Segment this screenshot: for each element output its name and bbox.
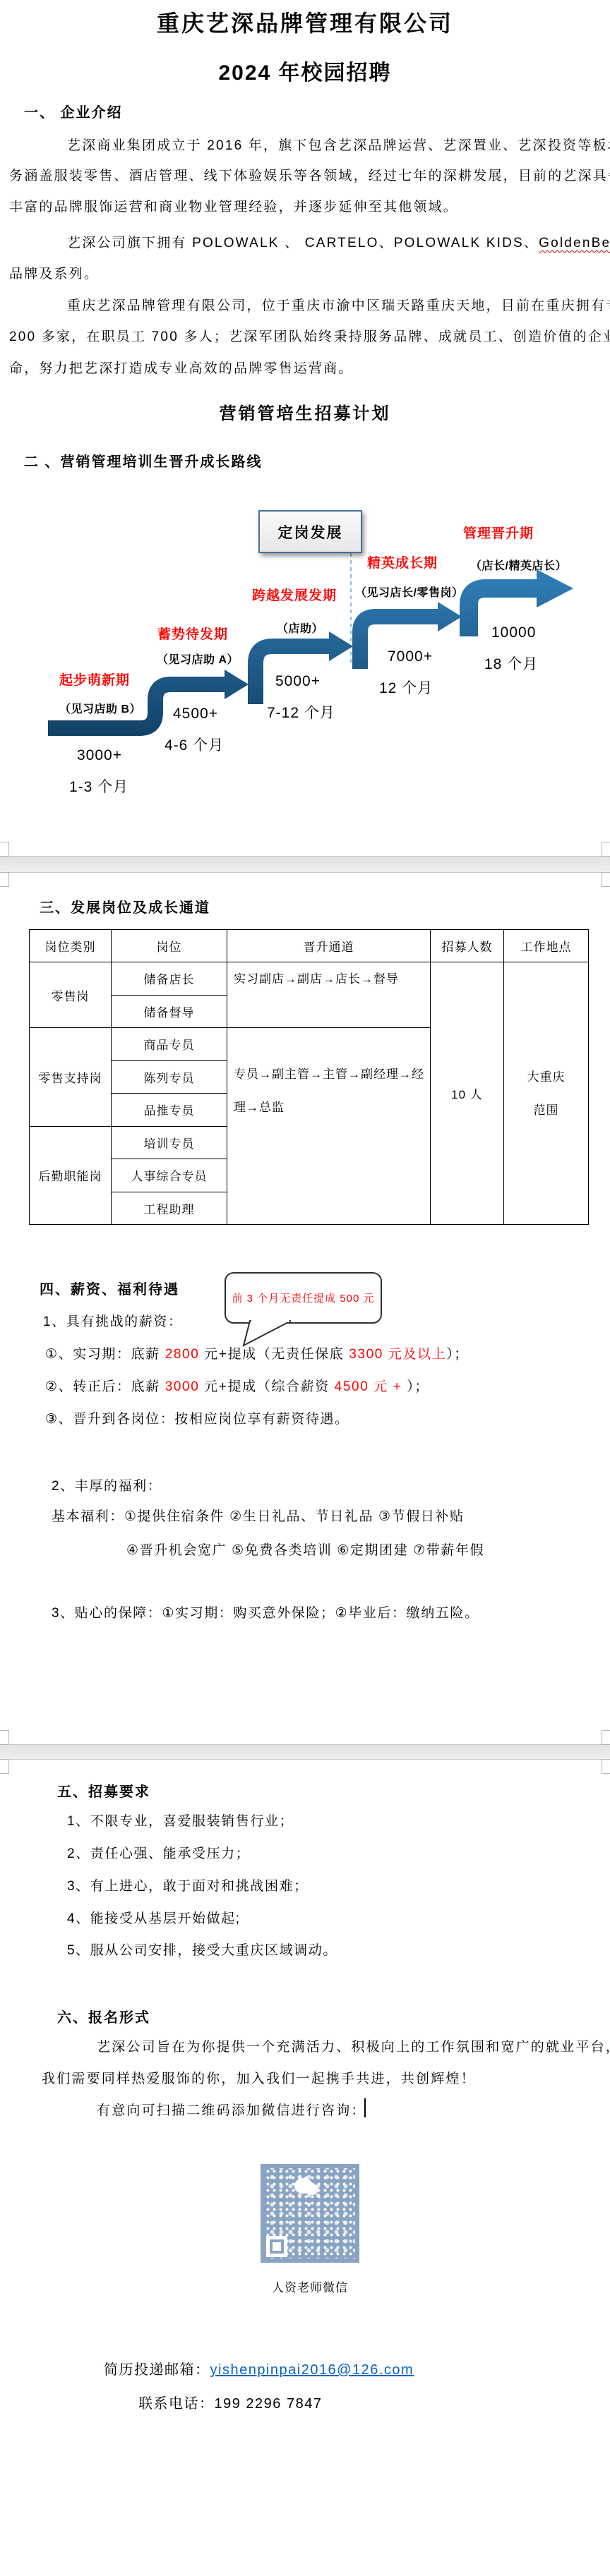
jobs-table: 岗位类别 岗位 晋升通道 招募人数 工作地点 零售岗 储备店长 实习副店→副店→… — [29, 929, 589, 1225]
stage5-label: 管理晋升期 — [463, 523, 534, 542]
phone-line: 联系电话：199 2296 7847 — [138, 2392, 322, 2412]
requirement-item: 1、不限专业，喜爱服装销售行业； — [67, 1810, 294, 1830]
table-row: 零售岗 储备店长 实习副店→副店→店长→督导 10 人 大重庆 范围 — [30, 962, 589, 996]
wechat-logo-icon — [294, 2178, 313, 2194]
apply-line3: 有意向可扫描二维码添加微信进行咨询： — [97, 2100, 366, 2119]
col-header-path: 晋升通道 — [227, 930, 431, 962]
page-break-band-1 — [0, 856, 610, 873]
path-retail: 实习副店→副店→店长→督导 — [227, 962, 431, 1028]
intro-p2-line2: 品牌及系列。 — [9, 263, 99, 282]
stage5-duration: 18 个月 — [484, 653, 538, 674]
section4-heading: 四、薪资、福利待遇 — [40, 1278, 179, 1298]
position-cell: 品推专员 — [112, 1094, 227, 1127]
plan-heading: 营销管培生招募计划 — [0, 399, 610, 424]
position-cell: 人事综合专员 — [112, 1159, 227, 1192]
callout-bubble: 前 3 个月无责任提成 500 元 — [225, 1272, 382, 1324]
table-header-row: 岗位类别 岗位 晋升通道 招募人数 工作地点 — [30, 930, 589, 962]
intro-p1-line1: 艺深商业集团成立于 2016 年，旗下包含艺深品牌运营、艺深置业、艺深投资等板块… — [67, 135, 610, 154]
stage3-salary: 5000+ — [275, 673, 321, 690]
salary2-total: 4500 元 + — [335, 1379, 407, 1394]
section3-heading: 三、发展岗位及成长通道 — [40, 896, 210, 917]
apply-line1: 艺深公司旨在为你提供一个充满活力、积极向上的工作氛围和宽广的就业平台， — [97, 2036, 610, 2055]
category-logistics: 后勤职能岗 — [30, 1126, 112, 1225]
col-header-location: 工作地点 — [504, 930, 589, 962]
page-corner-notch — [0, 1730, 9, 1745]
page-corner-notch — [602, 1730, 610, 1745]
page-corner-notch — [602, 872, 610, 887]
salary-item-2: ②、转正后：底薪 3000 元+提成（综合薪资 4500 元 + ）； — [45, 1376, 429, 1395]
stage4-label: 精英成长期 — [367, 552, 438, 572]
stage5-salary: 10000 — [491, 624, 536, 641]
benefits-subheading: 2、丰厚的福利： — [52, 1475, 162, 1494]
insurance-subheading: 3、贴心的保障：①实习期：购买意外保险；②毕业后：缴纳五险。 — [52, 1602, 479, 1621]
qr-finder-pattern — [266, 2236, 287, 2257]
intro-p3-line2: 200 多家，在职员工 700 多人；艺深军团队始终秉持服务品牌、成就员工、创造… — [9, 326, 610, 345]
stage1-label: 起步萌新期 — [59, 670, 130, 689]
salary1-base: 2800 — [165, 1347, 200, 1362]
position-cell: 储备督导 — [112, 995, 227, 1028]
intro-p2-line1: 艺深公司旗下拥有 POLOWALK 、 CARTELO、POLOWALK KID… — [67, 232, 610, 251]
qr-caption: 人资老师微信 — [261, 2278, 359, 2295]
section1-heading: 一、 企业介绍 — [24, 101, 123, 121]
apply-line2: 我们需要同样热爱服饰的你，加入我们一起携手共进，共创辉煌！ — [42, 2068, 476, 2087]
col-header-category: 岗位类别 — [30, 930, 112, 962]
brand-goldenbear: GoldenBear — [539, 236, 610, 250]
location-cell: 大重庆 范围 — [504, 962, 589, 1225]
stage1-role: （见习店助 B） — [59, 700, 141, 716]
benefits-line1: 基本福利：①提供住宿条件 ②生日礼品、节日礼品 ③节假日补贴 — [52, 1506, 465, 1525]
location-line2: 范围 — [504, 1094, 588, 1127]
stage3-duration: 7-12 个月 — [267, 701, 335, 722]
col-header-headcount: 招募人数 — [431, 930, 504, 962]
page-corner-notch — [602, 842, 610, 857]
stage2-salary: 4500+ — [173, 706, 218, 722]
section5-heading: 五、招募要求 — [57, 1780, 150, 1801]
stage1-salary: 3000+ — [77, 747, 122, 764]
company-title: 重庆艺深品牌管理有限公司 — [0, 6, 610, 38]
intro-p3-line3: 命，努力把艺深打造成专业高效的品牌零售运营商。 — [9, 358, 354, 377]
category-retail: 零售岗 — [30, 962, 112, 1028]
salary2-text: ②、转正后：底薪 — [45, 1379, 165, 1394]
section6-heading: 六、报名形式 — [57, 2006, 150, 2026]
page-corner-notch — [0, 872, 9, 887]
page-corner-notch — [0, 1759, 9, 1774]
position-cell: 储备店长 — [112, 962, 227, 996]
salary2-text2: 元+提成（综合薪资 — [199, 1379, 334, 1394]
salary-subheading: 1、具有挑战的薪资： — [43, 1311, 183, 1330]
salary1-text3: ）； — [446, 1347, 469, 1362]
stage3-role: （店助） — [277, 619, 323, 636]
brands-text: 艺深公司旗下拥有 POLOWALK 、 CARTELO、POLOWALK KID… — [67, 236, 539, 250]
benefits-line2: ④晋升机会宽广 ⑤免费各类培训 ⑥定期团建 ⑦带薪年假 — [126, 1540, 484, 1559]
intro-p1-line3: 丰富的品牌服饰运营和商业物业管理经验，并逐步延伸至其他领域。 — [9, 196, 458, 215]
wechat-qr-code — [261, 2164, 359, 2263]
page-break-band-2 — [0, 1744, 610, 1760]
salary-item-3: ③、晋升到各岗位：按相应岗位享有薪资待遇。 — [45, 1408, 349, 1427]
text-cursor — [364, 2098, 366, 2117]
stage4-role: （见习店长/零售岗） — [355, 583, 463, 600]
stage5-role: （店长/精英店长） — [470, 557, 567, 573]
position-cell: 陈列专员 — [112, 1060, 227, 1094]
stage2-duration: 4-6 个月 — [165, 734, 224, 755]
requirement-item: 4、能接受从基层开始做起; — [67, 1908, 241, 1927]
page-corner-notch — [0, 842, 9, 857]
category-support: 零售支持岗 — [30, 1028, 112, 1127]
stage-box-dinggang: 定岗发展 — [258, 510, 362, 553]
position-cell: 商品专员 — [112, 1028, 227, 1061]
requirement-item: 3、有上进心，敢于面对和挑战困难； — [67, 1875, 309, 1894]
path-support: 专员→副主管→主管→副经理→经理→总监 — [227, 1028, 431, 1225]
salary1-guarantee: 3300 元及以上 — [349, 1347, 446, 1362]
salary1-text: ①、实习期：底薪 — [45, 1347, 165, 1362]
document-page: 重庆艺深品牌管理有限公司 2024 年校园招聘 一、 企业介绍 艺深商业集团成立… — [0, 0, 610, 2576]
intro-p3-line1: 重庆艺深品牌管理有限公司，位于重庆市渝中区瑞天路重庆天地，目前在重庆拥有专卖店 — [67, 295, 610, 314]
intro-p1-line2: 务涵盖服装零售、酒店管理、线下体验娱乐等各领域，经过七年的深耕发展，目前的艺深具… — [9, 165, 610, 184]
salary2-text3: ）； — [407, 1379, 429, 1394]
stage2-role: （见习店助 A） — [157, 651, 239, 667]
recruit-title: 2024 年校园招聘 — [0, 55, 610, 86]
stage1-duration: 1-3 个月 — [69, 775, 128, 797]
headcount-cell: 10 人 — [431, 962, 504, 1225]
arrow-step-2 — [256, 631, 353, 704]
requirement-item: 2、责任心强、能承受压力； — [67, 1843, 250, 1862]
col-header-position: 岗位 — [112, 930, 227, 962]
stage4-duration: 12 个月 — [379, 677, 433, 698]
salary2-base: 3000 — [165, 1379, 200, 1394]
requirement-item: 5、服从公司安排，接受大重庆区域调动。 — [67, 1940, 337, 1959]
stage4-salary: 7000+ — [388, 648, 433, 665]
email-link[interactable]: yishenpinpai2016@126.com — [210, 2362, 414, 2378]
stage2-label: 蓄势待发期 — [157, 624, 228, 643]
email-label: 简历投递邮箱： — [104, 2362, 210, 2378]
section2-heading: 二 、营销管理培训生晋升成长路线 — [24, 450, 263, 471]
email-line: 简历投递邮箱：yishenpinpai2016@126.com — [104, 2358, 414, 2378]
position-cell: 培训专员 — [112, 1126, 227, 1159]
position-cell: 工程助理 — [112, 1192, 227, 1225]
page-corner-notch — [602, 1759, 610, 1774]
stage3-label: 跨越发展发期 — [252, 585, 337, 604]
location-line1: 大重庆 — [504, 1060, 588, 1094]
callout-bubble-tail — [233, 1320, 304, 1350]
